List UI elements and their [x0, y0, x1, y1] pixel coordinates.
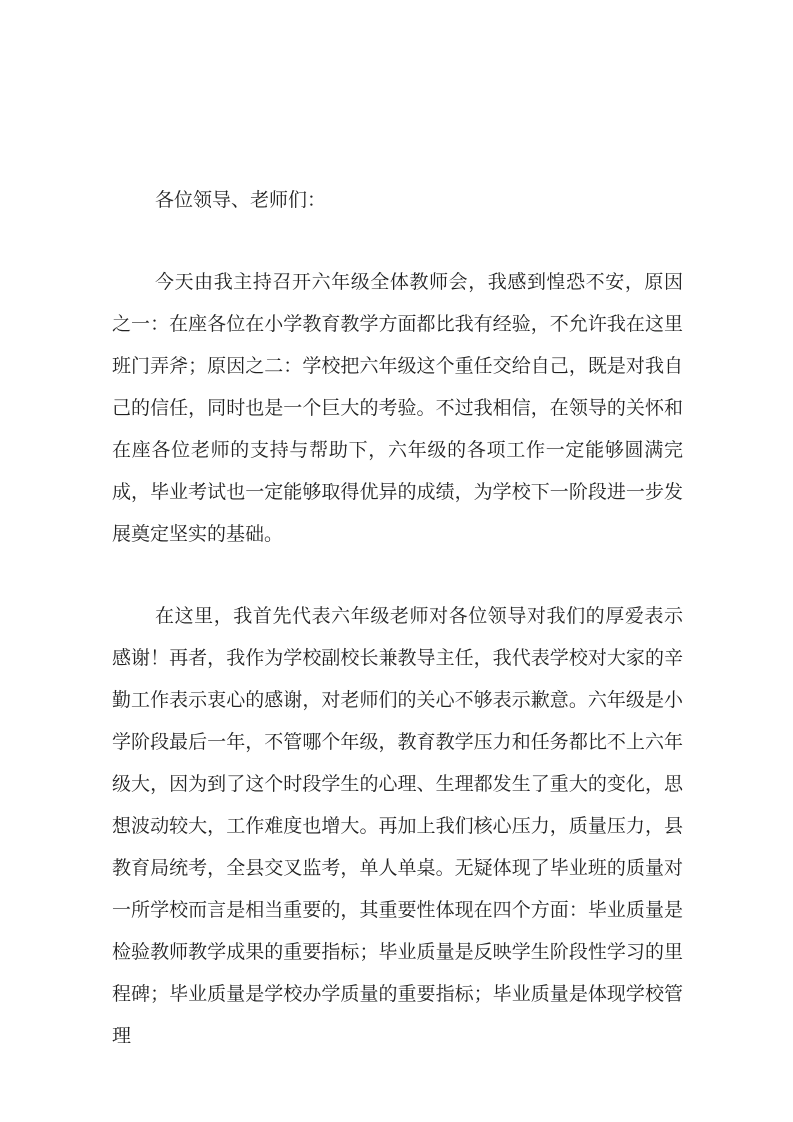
- salutation-line: 各位领导、老师们：: [112, 180, 683, 222]
- document-page: 各位领导、老师们： 今天由我主持召开六年级全体教师会，我感到惶恐不安，原因之一：…: [0, 0, 793, 1122]
- paragraph-main-body: 在这里，我首先代表六年级老师对各位领导对我们的厚爱表示感谢！再者，我作为学校副校…: [112, 596, 683, 1058]
- paragraph-opening: 今天由我主持召开六年级全体教师会，我感到惶恐不安，原因之一：在座各位在小学教育教…: [112, 262, 683, 556]
